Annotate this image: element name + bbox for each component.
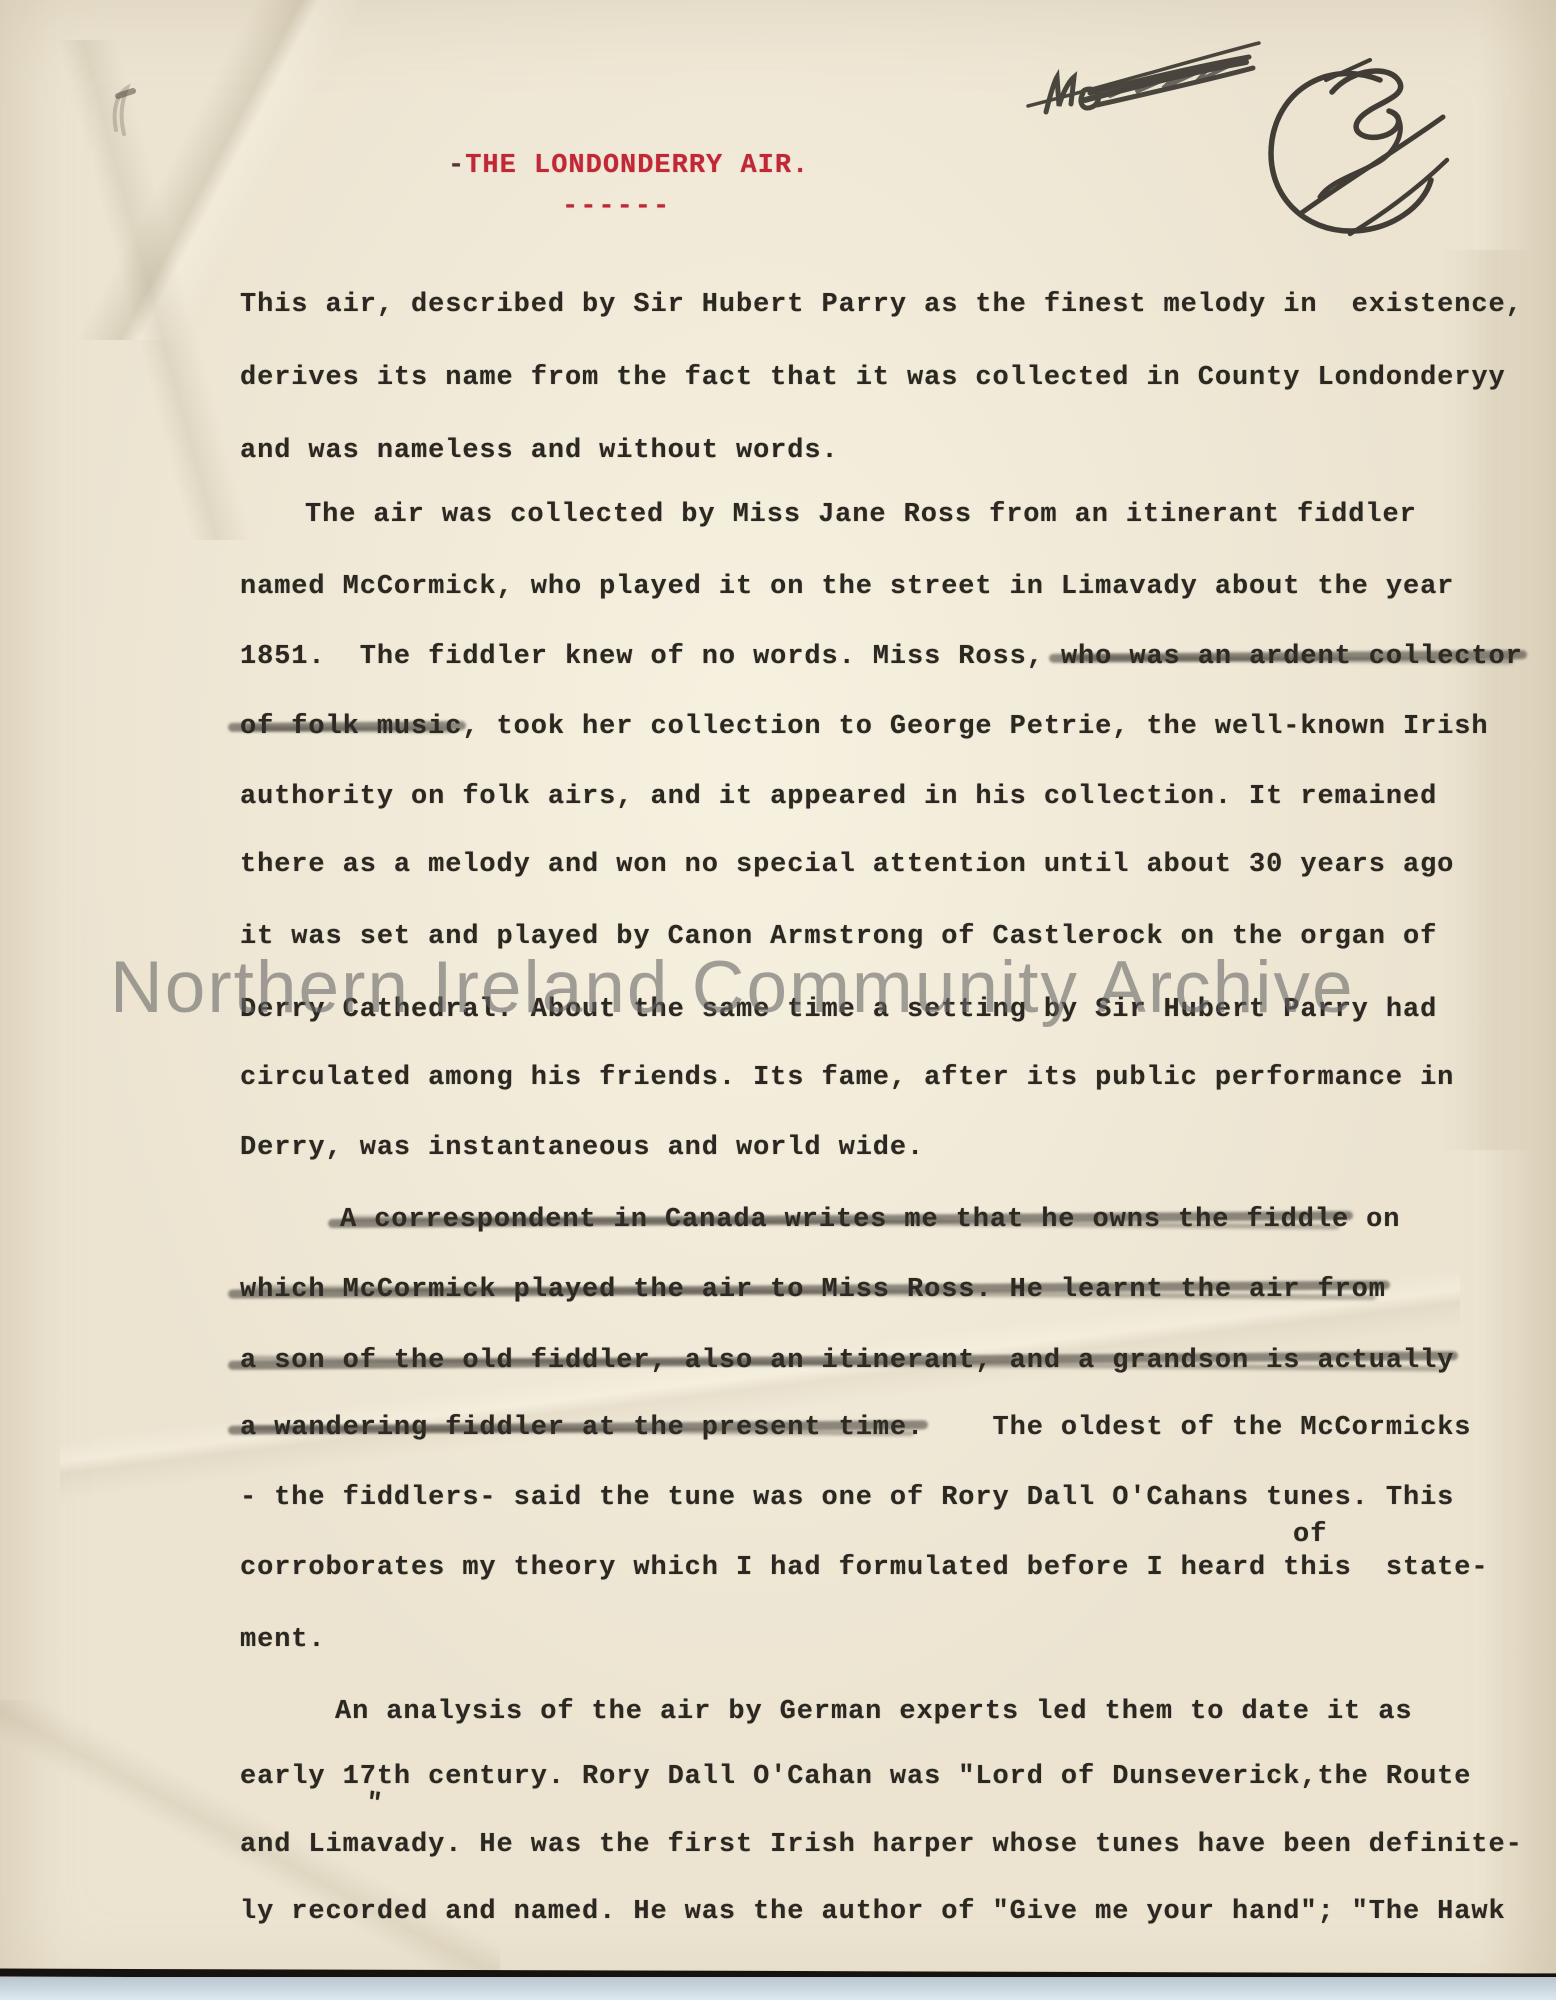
text-line: The air was collected by Miss Jane Ross … (305, 500, 1417, 530)
title-underline-dashes: ------ (562, 192, 671, 222)
struck-text: a son of the old fiddler, also an itiner… (240, 1346, 1454, 1376)
typed-text: An analysis of the air by German experts… (335, 1697, 1412, 1727)
scanner-background-strip (0, 1977, 1556, 2000)
struck-text: which McCormick played the air to Miss R… (240, 1275, 1386, 1305)
circled-scribble-mark (1271, 60, 1447, 234)
title-text: THE LONDONDERRY AIR. (465, 151, 809, 181)
inserted-word-of: of (1293, 1520, 1327, 1550)
paper-crease (0, 0, 460, 340)
text-line: 1851. The fiddler knew of no words. Miss… (240, 642, 1523, 672)
inserted-quote-mark: " (364, 1787, 384, 1819)
typed-text: Derry, was instantaneous and world wide. (240, 1133, 924, 1163)
typed-text: and was nameless and without words. (240, 436, 839, 466)
typed-text: ment. (240, 1625, 326, 1655)
text-line: ment. (240, 1625, 326, 1655)
pencil-mark (115, 88, 133, 134)
text-line: This air, described by Sir Hubert Parry … (240, 290, 1523, 320)
text-line: there as a melody and won no special att… (240, 850, 1454, 880)
typed-text: there as a melody and won no special att… (240, 850, 1454, 880)
typed-text: corroborates my theory which I had formu… (240, 1553, 1489, 1583)
text-line: early 17th century. Rory Dall O'Cahan wa… (240, 1762, 1471, 1792)
text-line: authority on folk airs, and it appeared … (240, 782, 1437, 812)
typed-text: , took her collection to George Petrie, … (462, 712, 1488, 742)
text-line: derives its name from the fact that it w… (240, 363, 1506, 393)
text-line: a son of the old fiddler, also an itiner… (240, 1346, 1454, 1376)
typed-text: 1851. The fiddler knew of no words. Miss… (240, 642, 1061, 672)
typed-text: ly recorded and named. He was the author… (240, 1897, 1506, 1927)
title-overtype-dash: - (448, 151, 465, 181)
document-page: -THE LONDONDERRY AIR. ------ This air, d… (0, 0, 1556, 2000)
text-line: named McCormick, who played it on the st… (240, 572, 1454, 602)
watermark-text: Northern Ireland Community Archive (110, 946, 1355, 1029)
typed-text: on (1349, 1205, 1400, 1235)
struck-text: A correspondent in Canada writes me that… (340, 1205, 1349, 1235)
typed-text: derives its name from the fact that it w… (240, 363, 1506, 393)
text-line: ly recorded and named. He was the author… (240, 1897, 1506, 1927)
typed-text: authority on folk airs, and it appeared … (240, 782, 1437, 812)
text-line: corroborates my theory which I had formu… (240, 1553, 1489, 1583)
text-line: - the fiddlers- said the tune was one of… (240, 1483, 1454, 1513)
typed-text: early 17th century. Rory Dall O'Cahan wa… (240, 1762, 1471, 1792)
text-line: which McCormick played the air to Miss R… (240, 1275, 1386, 1305)
typed-text: and Limavady. He was the first Irish har… (240, 1830, 1523, 1860)
text-line: and Limavady. He was the first Irish har… (240, 1830, 1523, 1860)
text-line: and was nameless and without words. (240, 436, 839, 466)
text-line: a wandering fiddler at the present time.… (240, 1413, 1471, 1443)
typed-text: named McCormick, who played it on the st… (240, 572, 1454, 602)
struck-text: a wandering fiddler at the present time. (240, 1413, 924, 1443)
text-line: A correspondent in Canada writes me that… (340, 1205, 1400, 1235)
typed-text: circulated among his friends. Its fame, … (240, 1063, 1454, 1093)
typed-text: The oldest of the McCormicks (924, 1413, 1471, 1443)
text-line: An analysis of the air by German experts… (335, 1697, 1412, 1727)
typed-text: - the fiddlers- said the tune was one of… (240, 1483, 1454, 1513)
text-line: circulated among his friends. Its fame, … (240, 1063, 1454, 1093)
handwritten-crossed-out-note (1028, 43, 1259, 112)
text-line: of folk music, took her collection to Ge… (240, 712, 1489, 742)
typed-text: The air was collected by Miss Jane Ross … (305, 500, 1417, 530)
text-line: Derry, was instantaneous and world wide. (240, 1133, 924, 1163)
typed-text: This air, described by Sir Hubert Parry … (240, 290, 1523, 320)
struck-text: who was an ardent collector (1061, 642, 1523, 672)
document-title: -THE LONDONDERRY AIR. (448, 151, 809, 181)
struck-text: of folk music (240, 712, 462, 742)
